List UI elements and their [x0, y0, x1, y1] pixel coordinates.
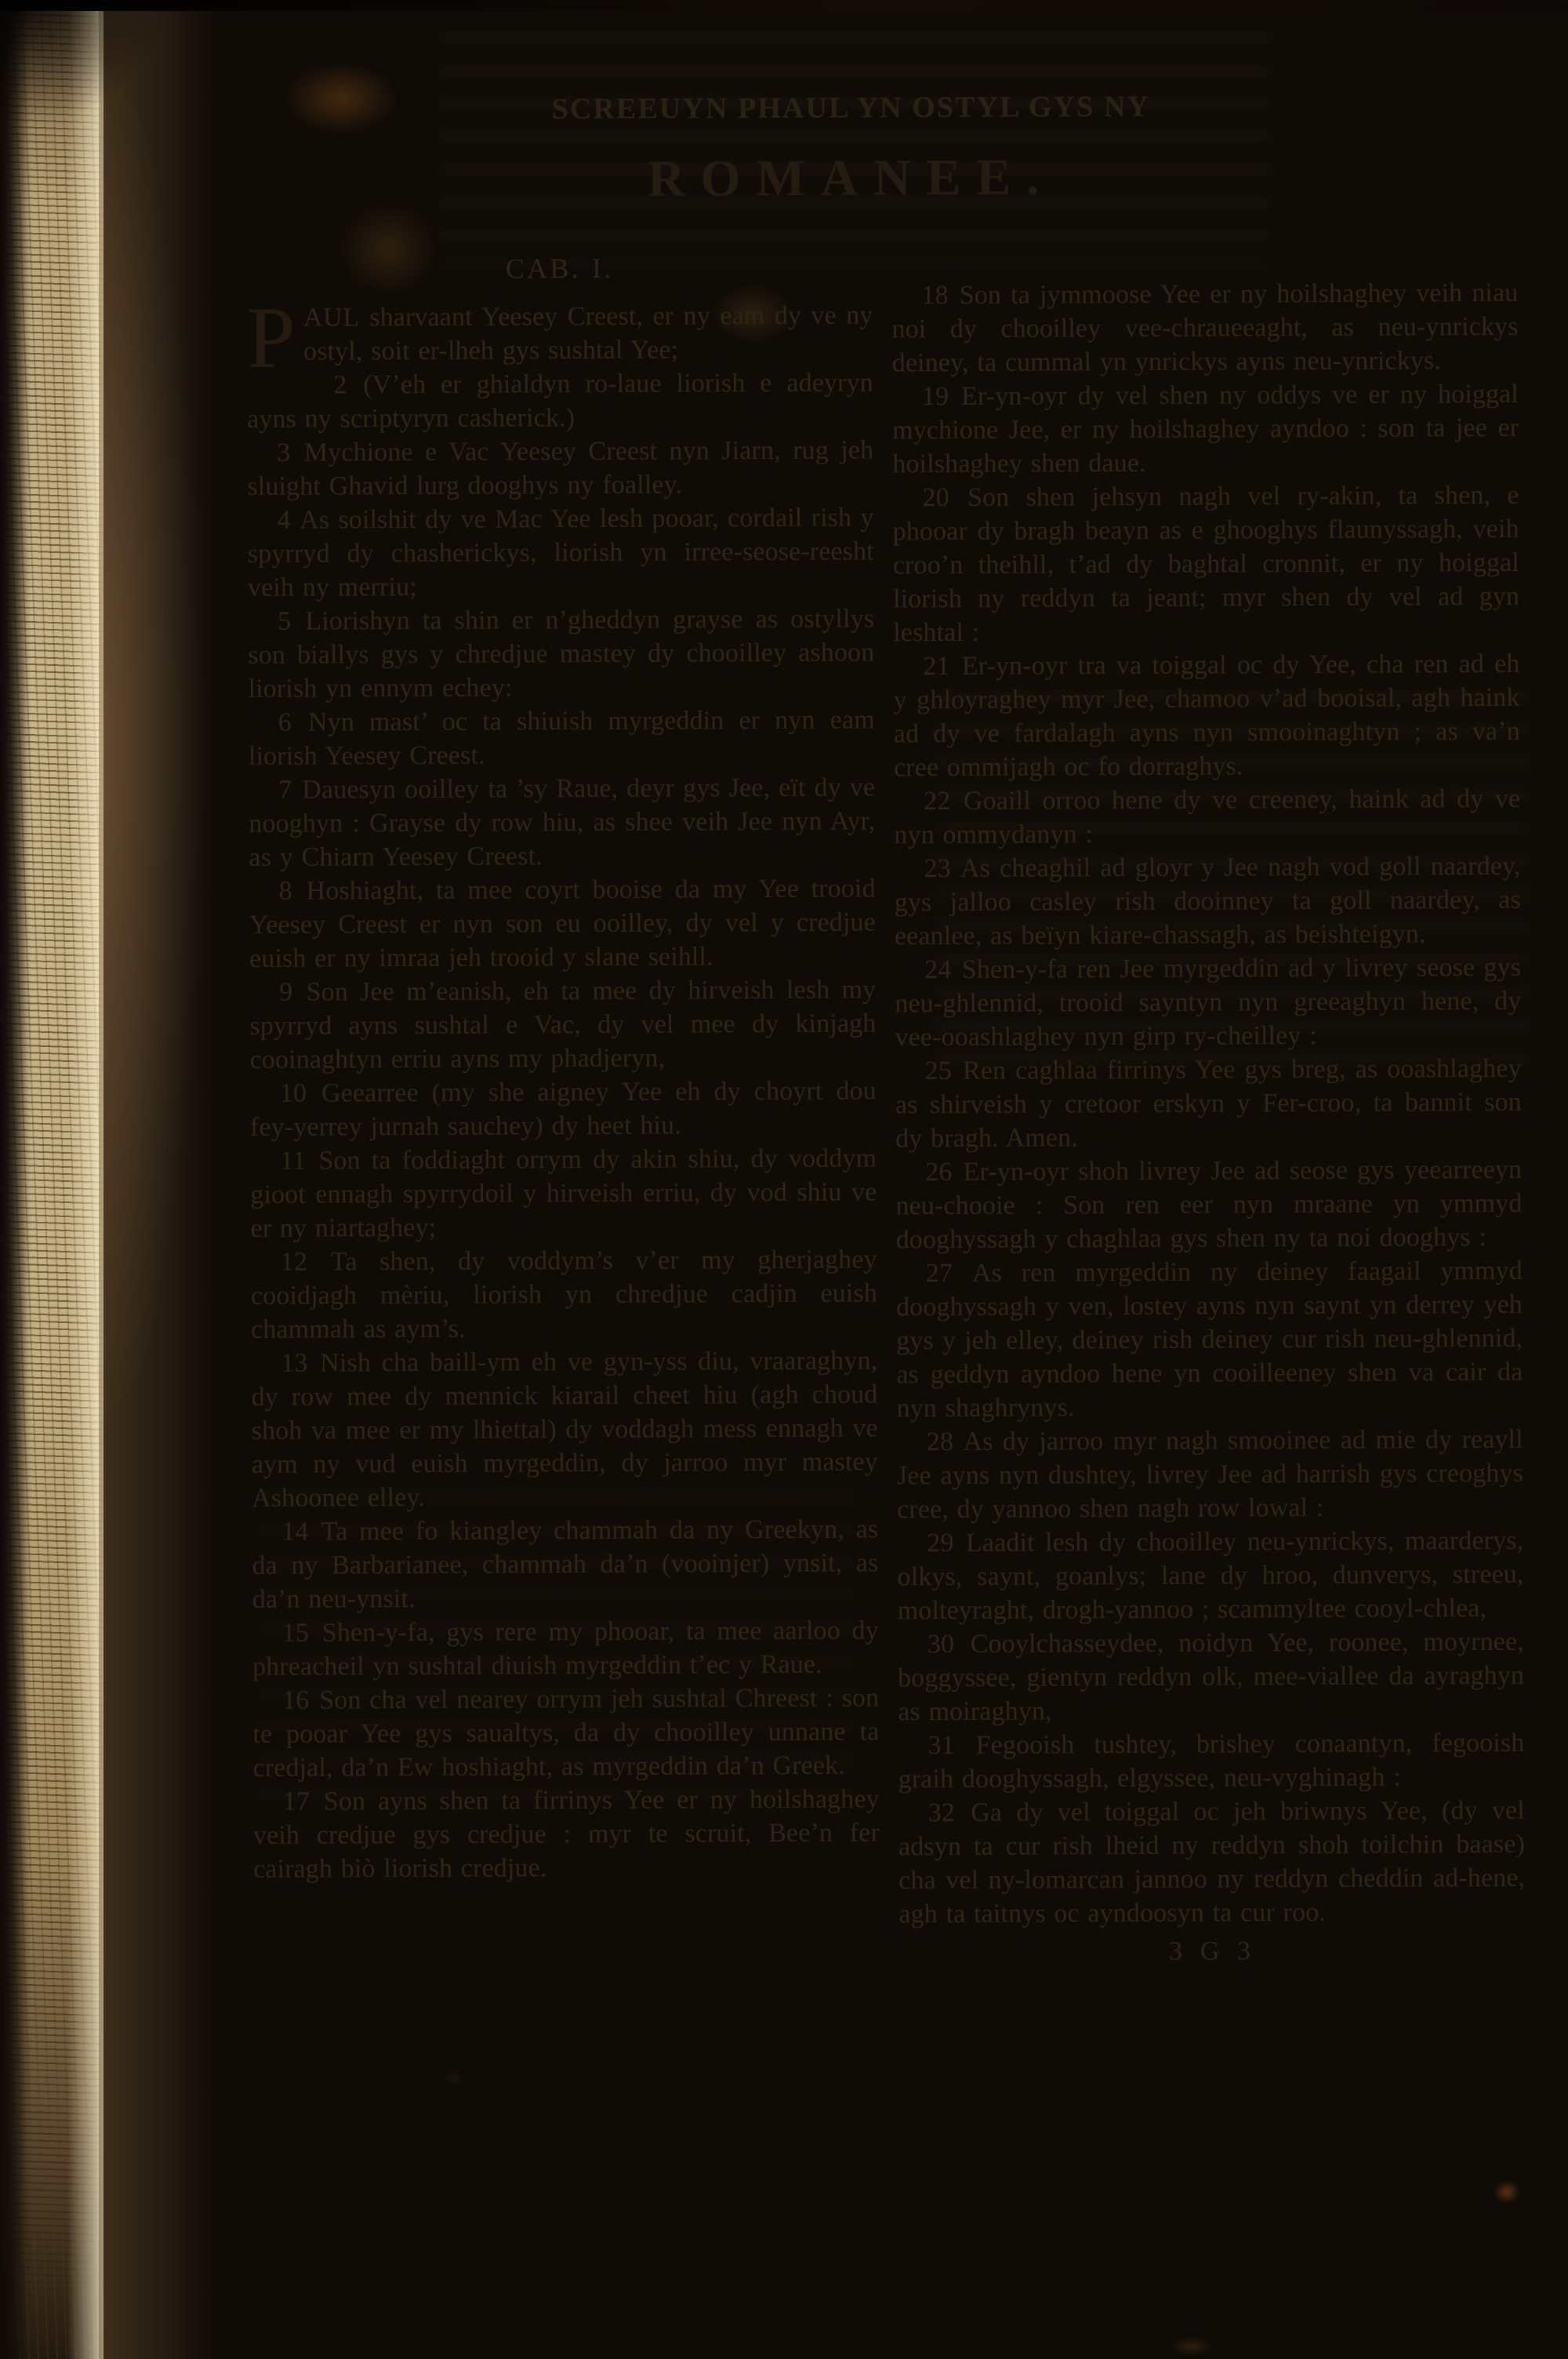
verse-number: 20 [922, 483, 950, 512]
verse-26: 26 Er-yn-oyr shoh livrey Jee ad seose gy… [895, 1153, 1523, 1256]
verse-number: 19 [922, 382, 950, 411]
verse-number: 30 [927, 1630, 956, 1659]
verse-31: 31 Fegooish tushtey, brishey conaantyn, … [898, 1726, 1524, 1796]
verse-number: 29 [927, 1528, 955, 1558]
verse-number: 27 [926, 1259, 954, 1288]
verse-number: 31 [927, 1731, 956, 1760]
verse-16: 16 Son cha vel nearey orrym jeh sushtal … [252, 1681, 880, 1784]
verse-21: 21 Er-yn-oyr tra va toiggal oc dy Yee, c… [893, 647, 1520, 784]
verse-number: 3 [277, 438, 292, 467]
verse-number: 18 [921, 281, 949, 310]
verse-number: 25 [925, 1056, 953, 1085]
verse-number: 13 [281, 1349, 309, 1378]
left-column: CAB. I. PAUL sharvaant Yeesey Creest, er… [246, 245, 880, 1972]
verse-number: 7 [278, 776, 293, 805]
verse-32: 32 Ga dy vel toiggal oc jeh briwnys Yee,… [898, 1794, 1526, 1931]
verse-10: 10 Geearree (my she aigney Yee eh dy cho… [250, 1074, 877, 1143]
verse-25: 25 Ren caghlaa firrinys Yee gys breg, as… [895, 1052, 1523, 1155]
verse-number: 14 [281, 1518, 310, 1547]
verse-number: 8 [279, 877, 294, 906]
verse-number: 4 [278, 506, 292, 535]
verse-14: 14 Ta mee fo kiangley chammah da ny Gree… [252, 1512, 879, 1616]
verse-number: 28 [927, 1427, 955, 1456]
verse-23: 23 As cheaghil ad gloyr y Jee nagh vod g… [894, 849, 1521, 953]
verse-28: 28 As dy jarroo myr nagh smooinee ad mie… [897, 1423, 1524, 1526]
right-column-verses: 18 Son ta jymmoose Yee er ny hoilshaghey… [891, 276, 1525, 1931]
verse-8: 8 Hoshiaght, ta mee coyrt booise da my Y… [249, 871, 877, 975]
verse-19: 19 Er-yn-oyr dy vel shen ny oddys ve er … [892, 377, 1519, 481]
verse-number: 22 [924, 787, 952, 816]
book-page-photo: SCREEUYN PHAUL YN OSTYL GYS NY ROMANEE. … [0, 0, 1568, 2359]
verse-17: 17 Son ayns shen ta firrinys Yee er ny h… [253, 1782, 880, 1885]
verse-number: 16 [282, 1686, 310, 1715]
verse-9: 9 Son Jee m’eanish, eh ta mee dy hirveis… [249, 972, 877, 1076]
verse-number: 11 [280, 1147, 307, 1176]
verse-number: 32 [928, 1798, 956, 1827]
verse-number: 6 [278, 708, 293, 737]
lead-caps: AUL [303, 303, 360, 332]
verse-27: 27 As ren myrgeddin ny deiney faagail ym… [896, 1254, 1523, 1425]
verse-18: 18 Son ta jymmoose Yee er ny hoilshaghey… [891, 276, 1519, 380]
verse-number: 10 [280, 1079, 308, 1108]
verse-3: 3 Mychione e Vac Yeesey Creest nyn Jiarn… [247, 433, 873, 503]
verse-number: 24 [924, 955, 953, 984]
verse-4: 4 As soilshit dy ve Mac Yee lesh pooar, … [248, 500, 875, 604]
verse-30: 30 Cooylchasseydee, noidyn Yee, roonee, … [898, 1625, 1525, 1728]
verse-11: 11 Son ta foddiaght orrym dy akin shiu, … [250, 1141, 877, 1245]
verse-number: 26 [925, 1158, 953, 1187]
verse-7: 7 Dauesyn ooilley ta ’sy Raue, deyr gys … [249, 770, 876, 874]
verse-1: PAUL sharvaant Yeesey Creest, er ny eam … [246, 298, 873, 368]
dropcap-initial: P [246, 301, 303, 370]
signature-mark: 3 G 3 [899, 1933, 1526, 1969]
running-header: SCREEUYN PHAUL YN OSTYL GYS NY [208, 88, 1494, 128]
verse-2: 2 (V’eh er ghialdyn ro-laue liorish e ad… [247, 365, 873, 435]
left-column-verses: PAUL sharvaant Yeesey Creest, er ny eam … [246, 298, 880, 1885]
verse-24: 24 Shen-y-fa ren Jee myrgeddin ad y livr… [895, 951, 1522, 1054]
verse-12: 12 Ta shen, dy voddym’s v’er my gherjagh… [251, 1242, 878, 1346]
verse-29: 29 Laadit lesh dy chooilley neu-ynrickys… [897, 1524, 1524, 1627]
page-title: ROMANEE. [209, 146, 1494, 211]
verse-6: 6 Nyn mast’ oc ta shiuish myrgeddin er n… [249, 703, 875, 772]
verse-number: 2 [333, 370, 348, 399]
verse-number: 21 [923, 652, 951, 681]
verse-5: 5 Liorishyn ta shin er n’gheddyn grayse … [248, 602, 875, 705]
chapter-heading: CAB. I. [246, 250, 873, 286]
verse-number: 12 [281, 1248, 309, 1277]
right-column: 18 Son ta jymmoose Yee er ny hoilshaghey… [891, 243, 1526, 1969]
verse-15: 15 Shen-y-fa, gys rere my phooar, ta mee… [252, 1613, 879, 1683]
page-content: SCREEUYN PHAUL YN OSTYL GYS NY ROMANEE. … [0, 0, 1568, 2359]
verse-number: 17 [283, 1787, 311, 1816]
text-columns: CAB. I. PAUL sharvaant Yeesey Creest, er… [246, 243, 1526, 1972]
verse-22: 22 Goaill orroo hene dy ve creeney, hain… [894, 782, 1520, 852]
verse-13: 13 Nish cha baill-ym eh ve gyn-yss diu, … [251, 1343, 878, 1514]
verse-20: 20 Son shen jehsyn nagh vel ry-akin, ta … [892, 478, 1519, 649]
verse-number: 23 [924, 854, 953, 883]
verse-number: 5 [278, 607, 292, 636]
verse-number: 9 [279, 978, 294, 1007]
verse-number: 15 [282, 1619, 310, 1648]
